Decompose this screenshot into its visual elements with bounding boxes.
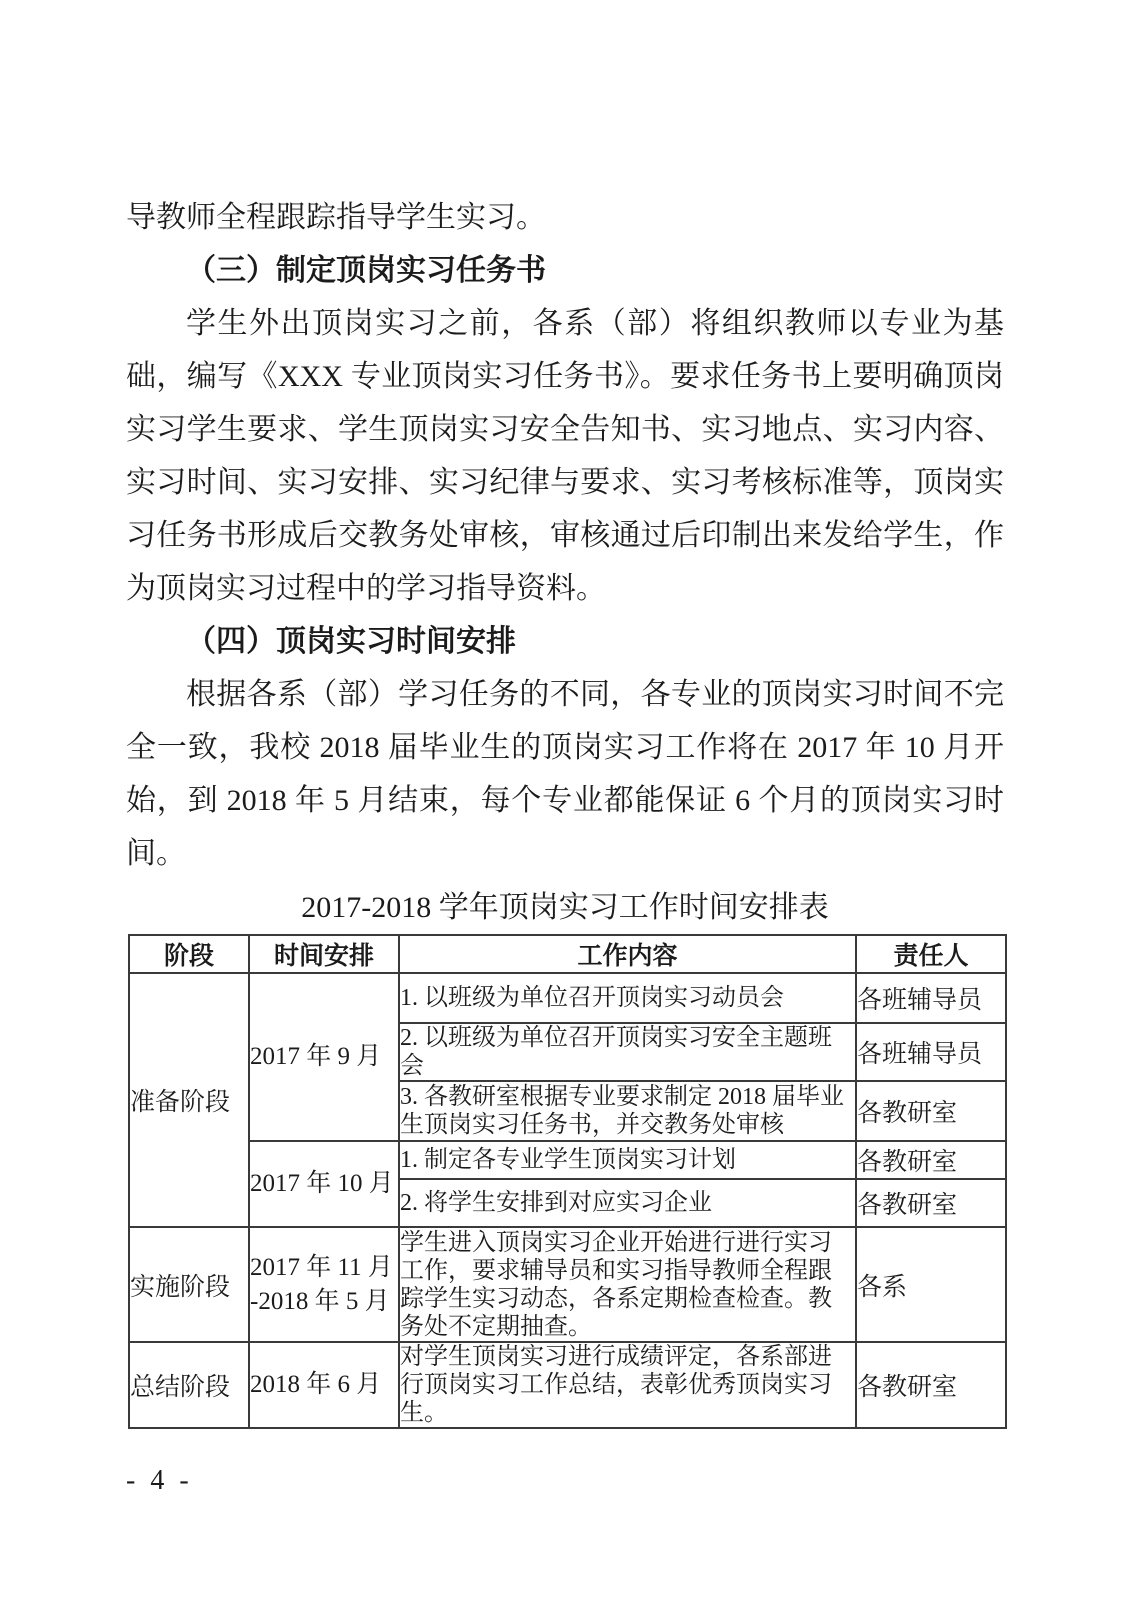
schedule-table: 阶段 时间安排 工作内容 责任人 准备阶段 2017 年 9 月 1. 以班级为… (128, 934, 1007, 1429)
table-row: 准备阶段 2017 年 9 月 1. 以班级为单位召开顶岗实习动员会 各班辅导员 (129, 973, 1006, 1023)
cell-time-oct2017: 2017 年 10 月 (249, 1141, 399, 1227)
cell-owner-6: 各系 (856, 1227, 1006, 1342)
cell-stage-implement: 实施阶段 (129, 1227, 249, 1342)
document-page: 导教师全程跟踪指导学生实习。 （三）制定顶岗实习任务书 学生外出顶岗实习之前，各… (0, 0, 1131, 1600)
section-heading-4: （四）顶岗实习时间安排 (126, 615, 1004, 668)
cell-work-5: 2. 将学生安排到对应实习企业 (399, 1179, 856, 1227)
cell-work-6: 学生进入顶岗实习企业开始进行进行实习工作，要求辅导员和实习指导教师全程跟踪学生实… (399, 1227, 856, 1342)
cell-work-1: 1. 以班级为单位召开顶岗实习动员会 (399, 973, 856, 1023)
table-row: 2017 年 10 月 1. 制定各专业学生顶岗实习计划 各教研室 (129, 1141, 1006, 1179)
table-row: 实施阶段 2017 年 11 月 -2018 年 5 月 学生进入顶岗实习企业开… (129, 1227, 1006, 1342)
paragraph-section-4: 根据各系（部）学习任务的不同，各专业的顶岗实习时间不完全一致，我校 2018 届… (126, 668, 1004, 880)
page-number: - 4 - (126, 1465, 193, 1497)
body-text: 导教师全程跟踪指导学生实习。 （三）制定顶岗实习任务书 学生外出顶岗实习之前，各… (126, 191, 1004, 880)
cell-owner-7: 各教研室 (856, 1342, 1006, 1428)
cell-work-3: 3. 各教研室根据专业要求制定 2018 届毕业生顶岗实习任务书，并交教务处审核 (399, 1081, 856, 1141)
cell-owner-4: 各教研室 (856, 1141, 1006, 1179)
cell-owner-3: 各教研室 (856, 1081, 1006, 1141)
cell-work-4: 1. 制定各专业学生顶岗实习计划 (399, 1141, 856, 1179)
header-time: 时间安排 (249, 935, 399, 973)
cell-owner-1: 各班辅导员 (856, 973, 1006, 1023)
cell-stage-prepare: 准备阶段 (129, 973, 249, 1227)
cell-time-jun2018: 2018 年 6 月 (249, 1342, 399, 1428)
header-work: 工作内容 (399, 935, 856, 973)
paragraph-continuation: 导教师全程跟踪指导学生实习。 (126, 191, 1004, 244)
table-header-row: 阶段 时间安排 工作内容 责任人 (129, 935, 1006, 973)
cell-owner-5: 各教研室 (856, 1179, 1006, 1227)
table-title: 2017-2018 学年顶岗实习工作时间安排表 (126, 884, 1004, 932)
paragraph-section-3: 学生外出顶岗实习之前，各系（部）将组织教师以专业为基础，编写《XXX 专业顶岗实… (126, 297, 1004, 615)
cell-time-nov2017-may2018: 2017 年 11 月 -2018 年 5 月 (249, 1227, 399, 1342)
cell-owner-2: 各班辅导员 (856, 1023, 1006, 1081)
cell-time-sep2017: 2017 年 9 月 (249, 973, 399, 1141)
header-stage: 阶段 (129, 935, 249, 973)
cell-work-2: 2. 以班级为单位召开顶岗实习安全主题班会 (399, 1023, 856, 1081)
cell-work-7: 对学生顶岗实习进行成绩评定，各系部进行顶岗实习工作总结，表彰优秀顶岗实习生。 (399, 1342, 856, 1428)
header-owner: 责任人 (856, 935, 1006, 973)
table-row: 总结阶段 2018 年 6 月 对学生顶岗实习进行成绩评定，各系部进行顶岗实习工… (129, 1342, 1006, 1428)
cell-stage-summary: 总结阶段 (129, 1342, 249, 1428)
section-heading-3: （三）制定顶岗实习任务书 (126, 244, 1004, 297)
